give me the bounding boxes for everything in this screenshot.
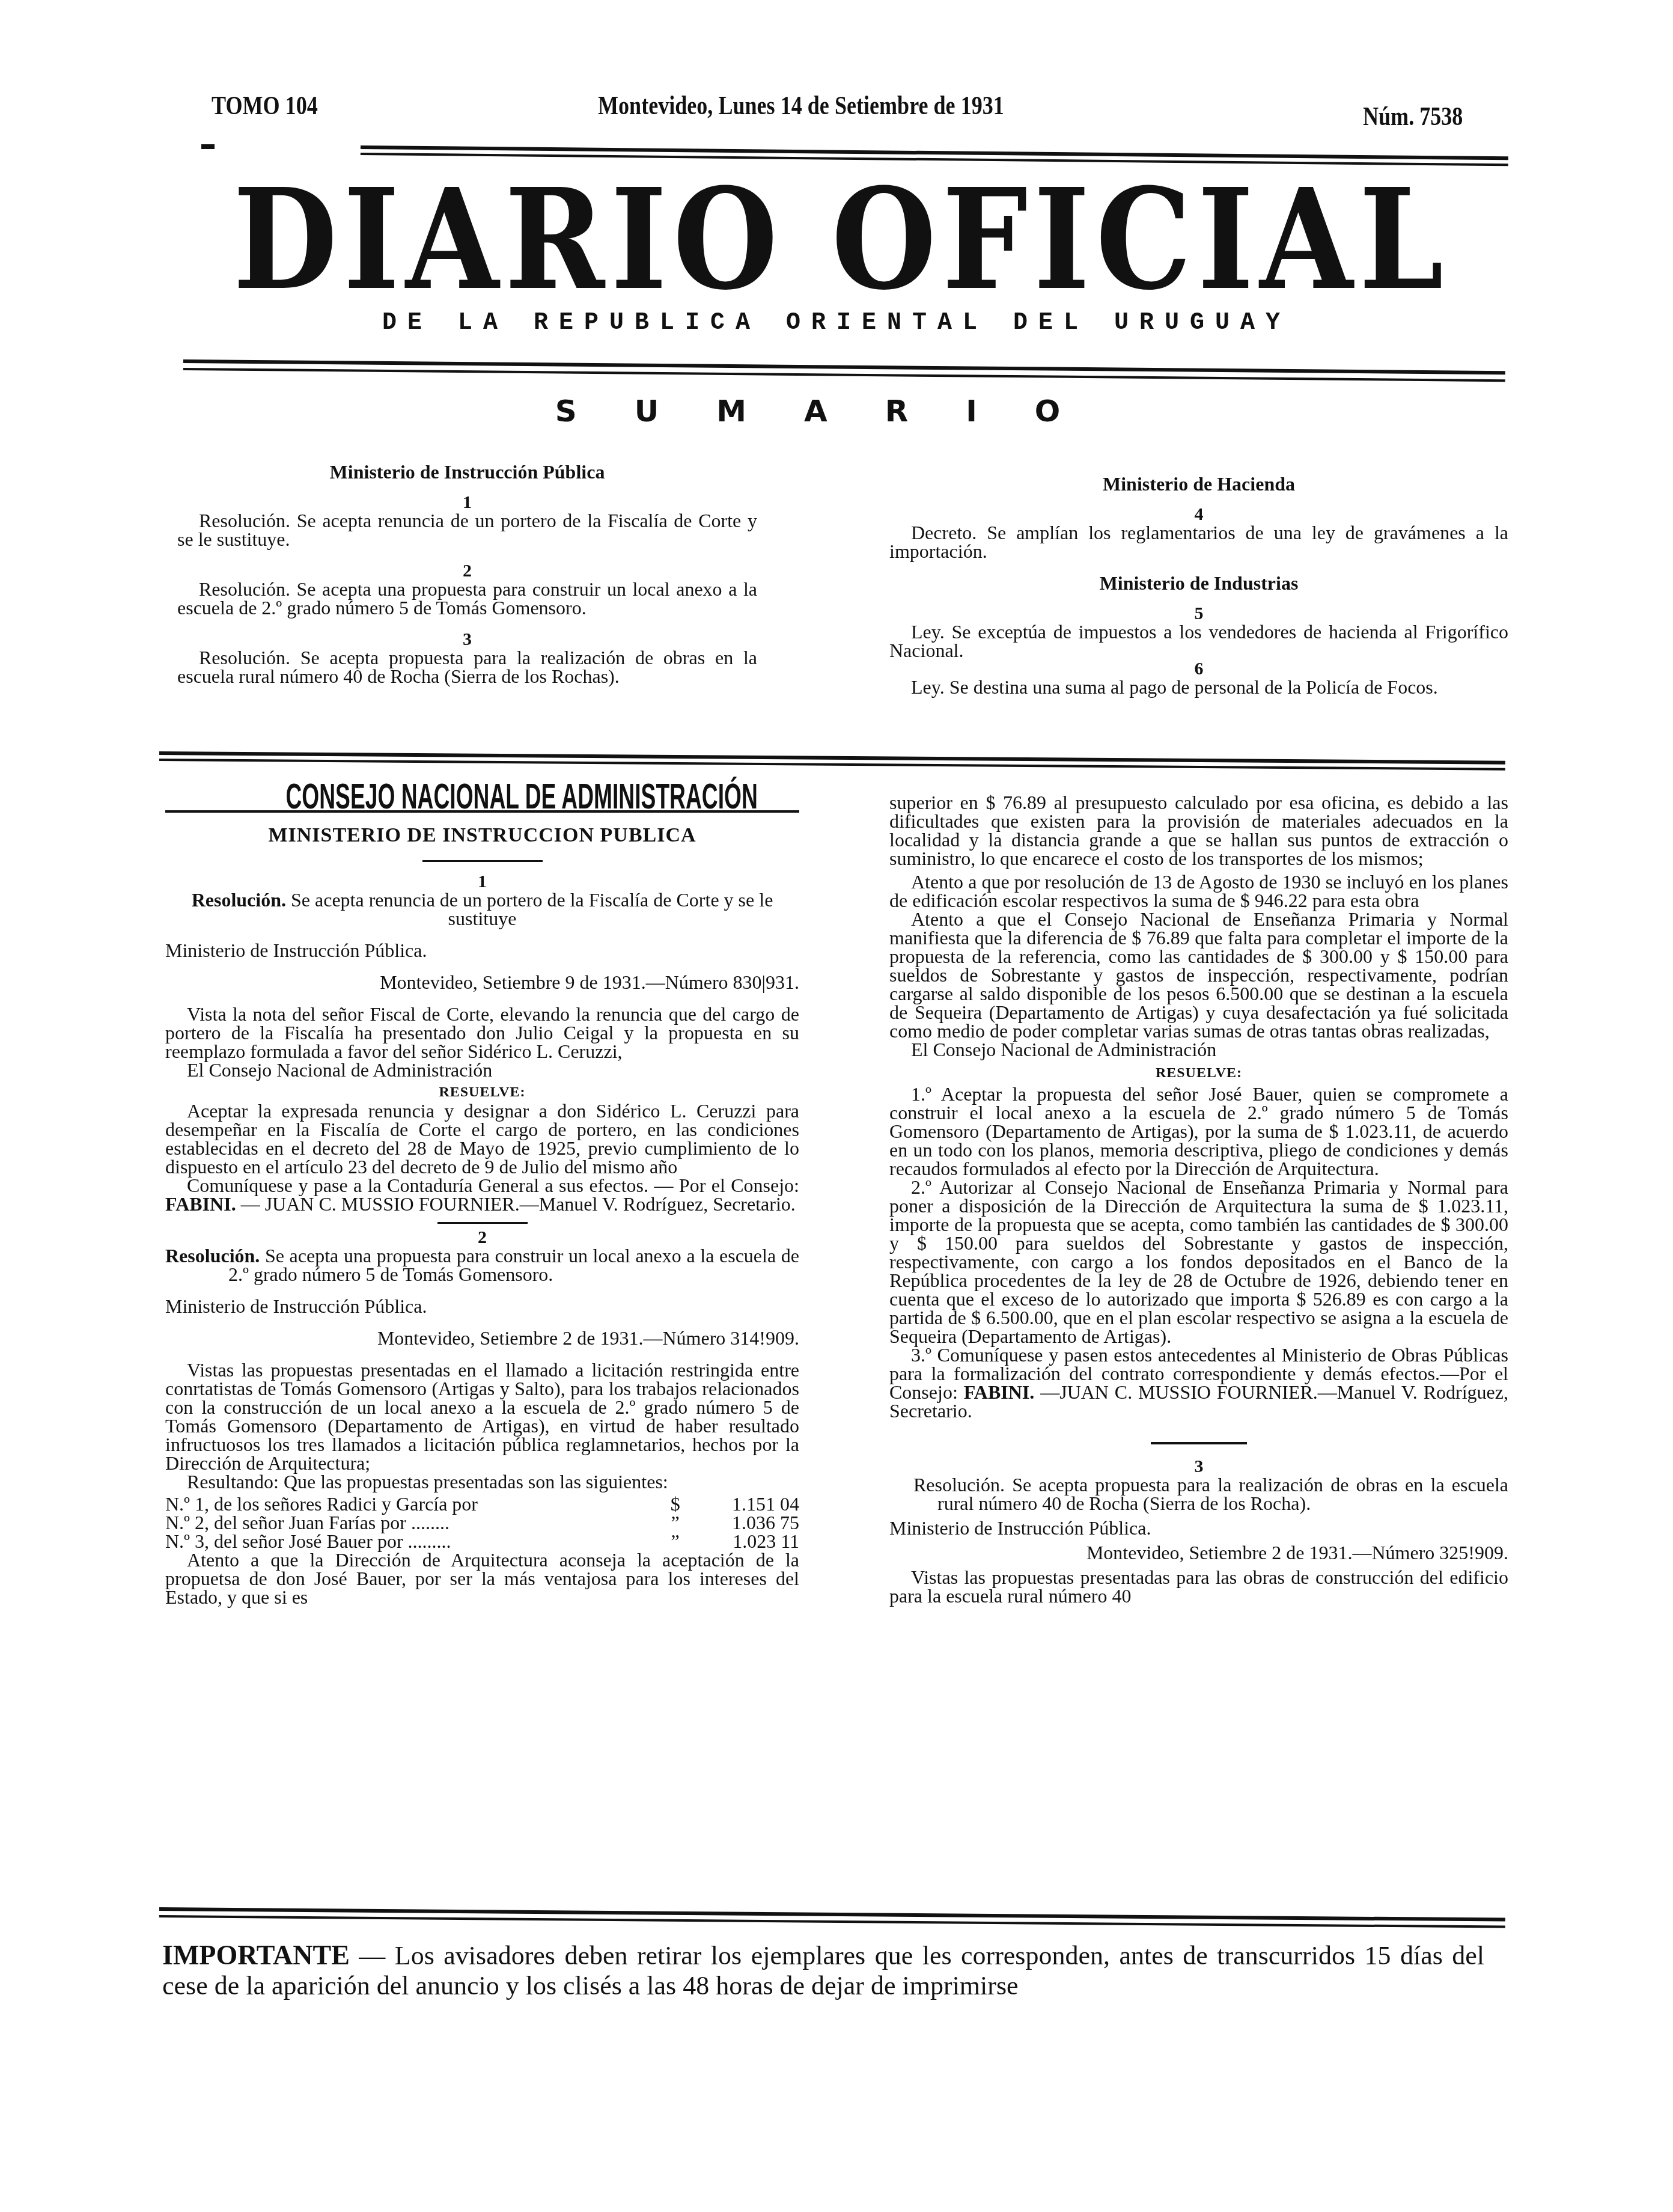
dateline: Montevideo, Setiembre 2 de 1931.—Número … — [165, 1329, 799, 1348]
table-row: N.º 1, de los señores Radici y García po… — [165, 1495, 799, 1514]
masthead-rule — [183, 359, 1505, 382]
sig-name: FABINI. — [165, 1193, 236, 1215]
proposal-currency: ” — [657, 1514, 693, 1532]
ministry-line: Ministerio de Instrucción Pública. — [165, 941, 799, 960]
short-rule — [437, 1222, 528, 1224]
table-row: N.º 2, del señor Juan Farías por .......… — [165, 1514, 799, 1532]
resolution-article: 2.º Autorizar al Consejo Nacional de Ens… — [889, 1178, 1508, 1346]
paragraph: Vistas las propuestas presentadas para l… — [889, 1568, 1508, 1606]
resuelve-heading: RESUELVE: — [165, 1083, 799, 1102]
resolution-article: 1.º Aceptar la propuesta del señor José … — [889, 1085, 1508, 1178]
proposal-currency: ” — [657, 1532, 693, 1551]
short-rule — [1151, 1442, 1247, 1444]
sumario-rule — [159, 751, 1505, 771]
ministry-line: Ministerio de Instrucción Pública. — [165, 1297, 799, 1316]
ministry-line: Ministerio de Instrucción Pública. — [889, 1519, 1508, 1538]
table-row: N.º 3, del señor José Bauer por ........… — [165, 1532, 799, 1551]
paragraph: Vista la nota del señor Fiscal de Corte,… — [165, 1005, 799, 1061]
sig-name: FABINI. — [964, 1381, 1035, 1403]
sumario-item[interactable]: Decreto. Se amplían los reglamentarios d… — [889, 524, 1508, 561]
short-rule — [422, 860, 543, 862]
sumario-item-num: 5 — [889, 605, 1508, 623]
volume-number: TOMO 104 — [212, 90, 318, 121]
proposal-amount: 1.023 11 — [693, 1532, 799, 1551]
proposal-label: N.º 1, de los señores Radici y García po… — [165, 1495, 657, 1514]
sumario-right: Ministerio de Hacienda 4 Decreto. Se amp… — [889, 475, 1508, 697]
signature-paragraph: Comuníquese y pase a la Contaduría Gener… — [165, 1176, 799, 1214]
resolution-number: 3 — [889, 1458, 1508, 1476]
summary-lead: Resolución. — [192, 889, 286, 911]
footer-rule — [159, 1907, 1505, 1928]
proposal-label: N.º 2, del señor Juan Farías por .......… — [165, 1514, 657, 1532]
summary-text: Se acepta una propuesta para construir u… — [228, 1245, 799, 1285]
issue-date: Montevideo, Lunes 14 de Setiembre de 193… — [598, 90, 1004, 121]
resolution-number: 1 — [165, 873, 799, 891]
signature-paragraph: 3.º Comuníquese y pasen estos antecedent… — [889, 1346, 1508, 1420]
sumario-ministry: Ministerio de Instrucción Pública — [177, 463, 757, 481]
sumario-item[interactable]: Resolución. Se acepta renuncia de un por… — [177, 512, 757, 549]
column-gutter — [841, 781, 842, 782]
paragraph: Resultando: Que las propuestas presentad… — [165, 1473, 799, 1491]
sig-text: — JUAN C. MUSSIO FOURNIER.—Manuel V. Rod… — [241, 1193, 796, 1215]
sumario-ministry: Ministerio de Hacienda — [889, 475, 1508, 493]
ministry-heading: MINISTERIO DE INSTRUCCION PUBLICA — [165, 826, 799, 845]
sumario-item-num: 1 — [177, 493, 757, 512]
dateline: Montevideo, Setiembre 9 de 1931.—Número … — [165, 973, 799, 992]
paragraph: El Consejo Nacional de Administración — [889, 1040, 1508, 1059]
sumario-ministry: Ministerio de Industrias — [889, 574, 1508, 593]
masthead-subtitle: DE LA REPUBLICA ORIENTAL DEL URUGUAY — [0, 310, 1673, 337]
summary-text: Se acepta renuncia de un portero de la F… — [291, 889, 773, 929]
section-title: CONSEJO NACIONAL DE ADMINISTRACIÓN — [285, 787, 678, 805]
proposal-label: N.º 3, del señor José Bauer por ........… — [165, 1532, 657, 1551]
sumario-item-num: 3 — [177, 631, 757, 649]
paragraph: superior en $ 76.89 al presupuesto calcu… — [889, 793, 1508, 868]
resolution-summary: Resolución. Se acepta renuncia de un por… — [165, 891, 799, 928]
sumario-item-num: 2 — [177, 562, 757, 580]
right-body-column: superior en $ 76.89 al presupuesto calcu… — [889, 793, 1508, 1606]
sumario-item[interactable]: Resolución. Se acepta propuesta para la … — [177, 649, 757, 686]
masthead-title: DIARIO OFICIAL — [198, 180, 1484, 301]
proposal-amount: 1.036 75 — [693, 1514, 799, 1532]
important-text: — Los avisadores deben retirar los ejemp… — [162, 1941, 1484, 2000]
proposal-amount: 1.151 04 — [693, 1495, 799, 1514]
important-notice: IMPORTANTE — Los avisadores deben retira… — [162, 1940, 1484, 2001]
sumario-item[interactable]: Resolución. Se acepta una propuesta para… — [177, 580, 757, 617]
paragraph: El Consejo Nacional de Administración — [165, 1061, 799, 1080]
sumario-title: SUMARIO — [0, 394, 1673, 429]
sumario-item[interactable]: Ley. Se destina una suma al pago de pers… — [889, 678, 1508, 697]
left-body-column: CONSEJO NACIONAL DE ADMINISTRACIÓN MINIS… — [165, 784, 799, 1607]
paragraph: Atento a que la Dirección de Arquitectur… — [165, 1551, 799, 1607]
paragraph: Vistas las propuestas presentadas en el … — [165, 1361, 799, 1473]
issue-number: Núm. 7538 — [1363, 101, 1463, 132]
sumario-item-num: 4 — [889, 506, 1508, 524]
sumario-item[interactable]: Ley. Se exceptúa de impuestos a los vend… — [889, 623, 1508, 660]
paragraph: Atento a que el Consejo Nacional de Ense… — [889, 910, 1508, 1040]
paragraph: Aceptar la expresada renuncia y designar… — [165, 1102, 799, 1176]
proposals-table: N.º 1, de los señores Radici y García po… — [165, 1495, 799, 1551]
resolution-number: 2 — [165, 1229, 799, 1247]
paragraph: Atento a que por resolución de 13 de Ago… — [889, 873, 1508, 910]
sumario-left: Ministerio de Instrucción Pública 1 Reso… — [177, 463, 757, 686]
important-label: IMPORTANTE — [162, 1940, 350, 1970]
ornament-dash — [201, 144, 215, 149]
resuelve-heading: RESUELVE: — [889, 1064, 1508, 1083]
dateline: Montevideo, Setiembre 2 de 1931.—Número … — [889, 1544, 1508, 1562]
resolution-summary: Resolución. Se acepta una propuesta para… — [165, 1247, 799, 1284]
resolution-summary: Resolución. Se acepta propuesta para la … — [889, 1476, 1508, 1513]
proposal-currency: $ — [657, 1495, 693, 1514]
sumario-item-num: 6 — [889, 660, 1508, 678]
